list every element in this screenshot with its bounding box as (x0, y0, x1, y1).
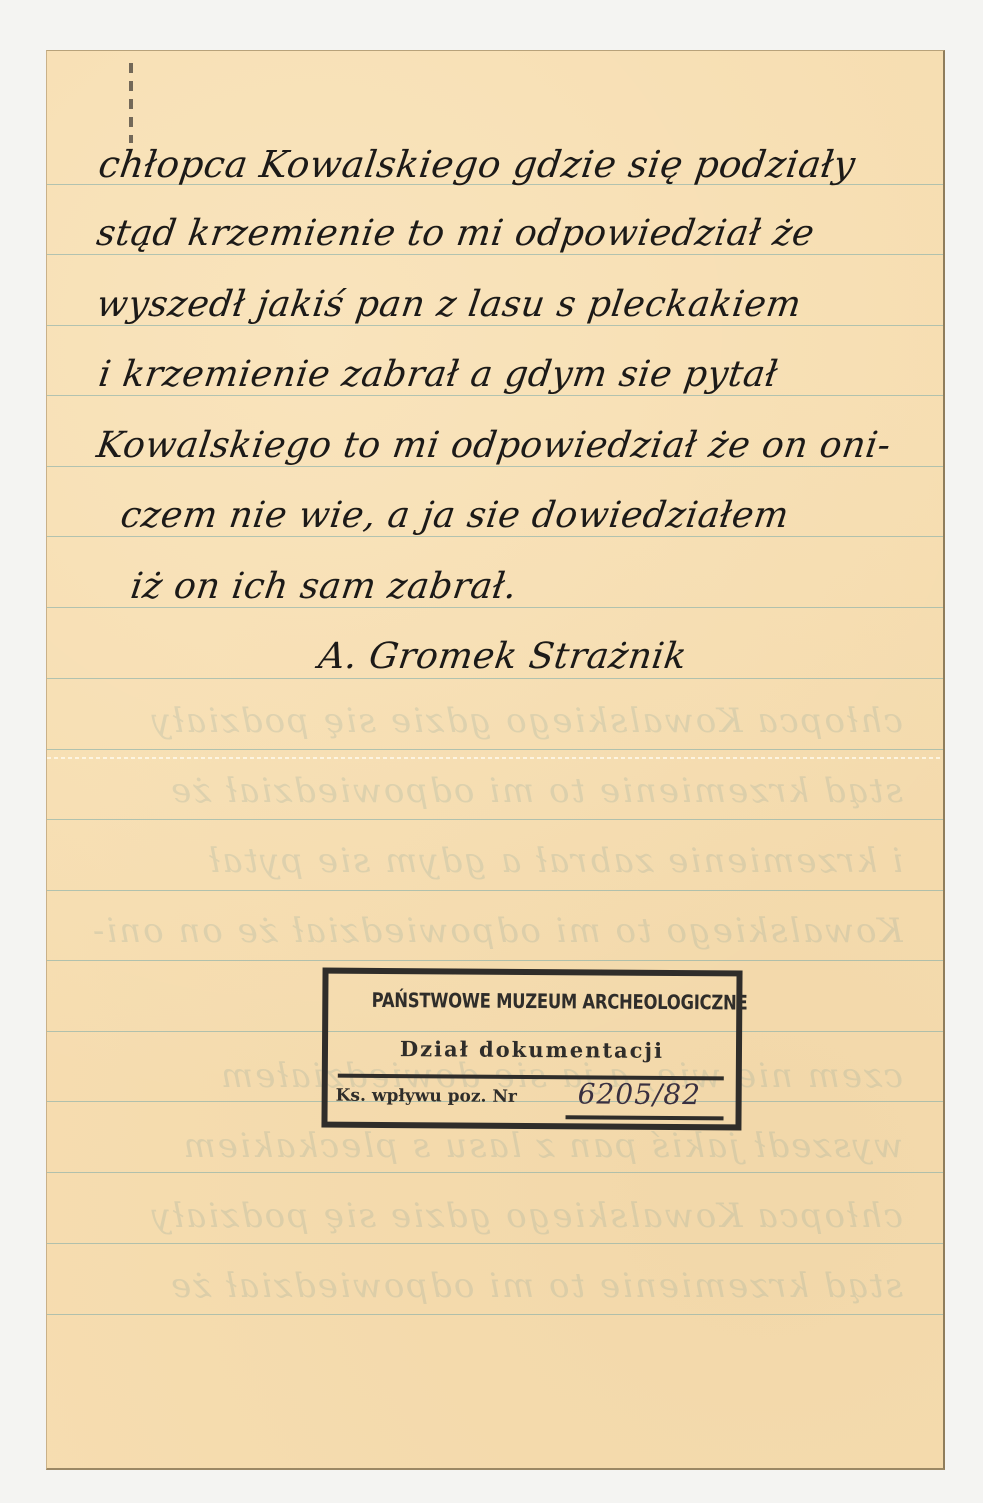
ruled-line (47, 890, 943, 891)
handwritten-line: chłopca Kowalskiego gdzie się podziały (96, 143, 858, 186)
ruled-line (47, 749, 943, 750)
stamp-institution: PAŃSTWOWE MUZEUM ARCHEOLOGICZNE (372, 988, 694, 1014)
handwritten-line: iż on ich sam zabrał. (128, 566, 520, 607)
signature: A. Gromek Strażnik (316, 636, 689, 677)
bleed-through-text: Kowalskiego to mi odpowiedział że on oni… (87, 911, 903, 951)
handwritten-line: i krzemienie zabrał a gdym sie pytał (96, 354, 780, 395)
letter-page: chłopca Kowalskiego gdzie się podziały s… (46, 50, 945, 1470)
bleed-through-text: i krzemienie zabrał a gdym sie pytał (87, 841, 903, 881)
ruled-line (47, 678, 943, 679)
ruled-line (47, 395, 943, 396)
ruled-line (47, 819, 943, 820)
ruled-line (47, 1314, 943, 1315)
stamp-underline (566, 1115, 724, 1120)
ruled-line (47, 1172, 943, 1173)
stamp-entry-number: 6205/82 (578, 1077, 702, 1111)
fold-crease (47, 757, 943, 759)
stamp-department: Dział dokumentacji (328, 1036, 736, 1064)
ruled-line (47, 254, 943, 255)
bleed-through-text: chłopca Kowalskiego gdzie się podziały (87, 1196, 903, 1236)
ruled-line (47, 536, 943, 537)
handwritten-line: wyszedł jakiś pan z lasu s pleckakiem (94, 284, 804, 325)
handwritten-line: Kowalskiego to mi odpowiedział że on oni… (94, 425, 893, 466)
ink-smudge (129, 63, 133, 143)
handwritten-line: stąd krzemienie to mi odpowiedział że (94, 213, 817, 254)
ruled-line (47, 325, 943, 326)
bleed-through-text: stąd krzemienie to mi odpowiedział że (87, 1266, 903, 1306)
stamp-entry-label: Ks. wpływu poz. Nr (336, 1086, 517, 1107)
ruled-line (47, 466, 943, 467)
handwritten-line: czem nie wie, a ja sie dowiedziałem (118, 495, 791, 536)
ruled-line (47, 1243, 943, 1244)
bleed-through-text: wyszedł jakiś pan z lasu s pleckakiem (87, 1126, 903, 1166)
ruled-line (47, 960, 943, 961)
bleed-through-text: stąd krzemienie to mi odpowiedział że (87, 771, 903, 811)
bleed-through-text: chłopca Kowalskiego gdzie się podziały (87, 701, 903, 741)
archive-stamp: PAŃSTWOWE MUZEUM ARCHEOLOGICZNE Dział do… (321, 968, 742, 1131)
ruled-line (47, 607, 943, 608)
